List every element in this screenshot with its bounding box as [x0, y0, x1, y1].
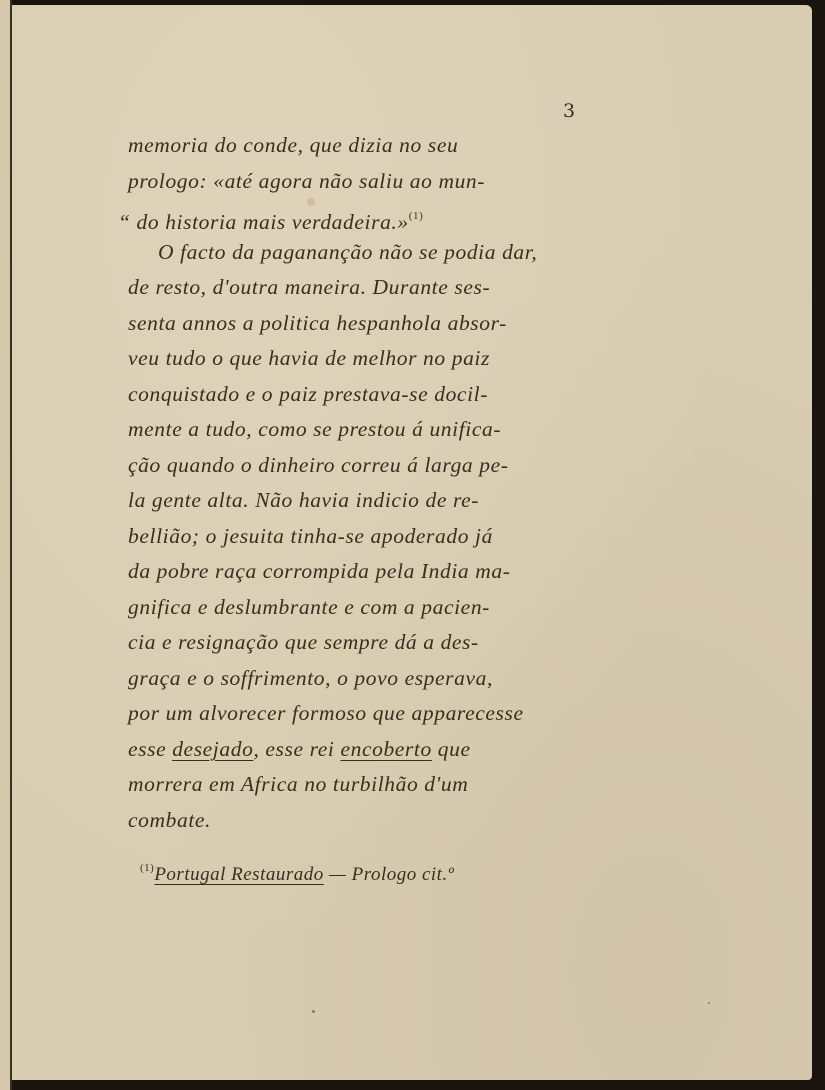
ink-speck — [312, 1010, 315, 1013]
text-line: de resto, d'outra maneira. Durante ses- — [128, 270, 598, 306]
text-line: mente a tudo, como se prestou á unifica- — [128, 412, 598, 448]
page-number: 3 — [563, 100, 575, 122]
handwritten-body: memoria do conde, que dizia no seu prolo… — [128, 128, 598, 838]
text-line: senta annos a politica hespanhola absor- — [128, 306, 598, 342]
text-line: memoria do conde, que dizia no seu — [128, 128, 598, 164]
text-line: “ do historia mais verdadeira.»(1) — [118, 199, 598, 235]
underlined-word: encoberto — [340, 737, 431, 761]
text-segment: esse — [128, 737, 172, 761]
text-line: la gente alta. Não havia indicio de re- — [128, 483, 598, 519]
text-line: conquistado e o paiz prestava-se docil- — [128, 377, 598, 413]
text-line: veu tudo o que havia de melhor no paiz — [128, 341, 598, 377]
footnote-citation: — Prologo cit.º — [324, 864, 454, 885]
footnote-source-title: Portugal Restaurado — [154, 864, 323, 885]
text-line: ção quando o dinheiro correu á larga pe- — [128, 448, 598, 484]
text-line: esse desejado, esse rei encoberto que — [128, 732, 598, 768]
paragraph-start-line: O facto da pagananção não se podia dar, — [128, 235, 598, 271]
footnote: (1)Portugal Restaurado — Prologo cit.º — [140, 862, 454, 886]
footnote-reference: (1) — [409, 210, 424, 222]
text-segment: que — [432, 737, 471, 761]
text-line: morrera em Africa no turbilhão d'um — [128, 767, 598, 803]
footnote-marker: (1) — [140, 862, 154, 874]
text-line: por um alvorecer formoso que apparecesse — [128, 696, 598, 732]
underlined-word: desejado — [172, 737, 253, 761]
text-segment: , esse rei — [253, 737, 340, 761]
text-line: da pobre raça corrompida pela India ma- — [128, 554, 598, 590]
text-line: bellião; o jesuita tinha-se apoderado já — [128, 519, 598, 555]
text-line: graça e o soffrimento, o povo esperava, — [128, 661, 598, 697]
text-segment: “ do historia mais verdadeira.» — [118, 210, 409, 234]
text-line: gnifica e deslumbrante e com a pacien- — [128, 590, 598, 626]
ink-speck — [708, 1002, 710, 1004]
text-line: combate. — [128, 803, 598, 839]
text-line: cia e resignação que sempre dá a des- — [128, 625, 598, 661]
text-line: prologo: «até agora não saliu ao mun- — [128, 164, 598, 200]
